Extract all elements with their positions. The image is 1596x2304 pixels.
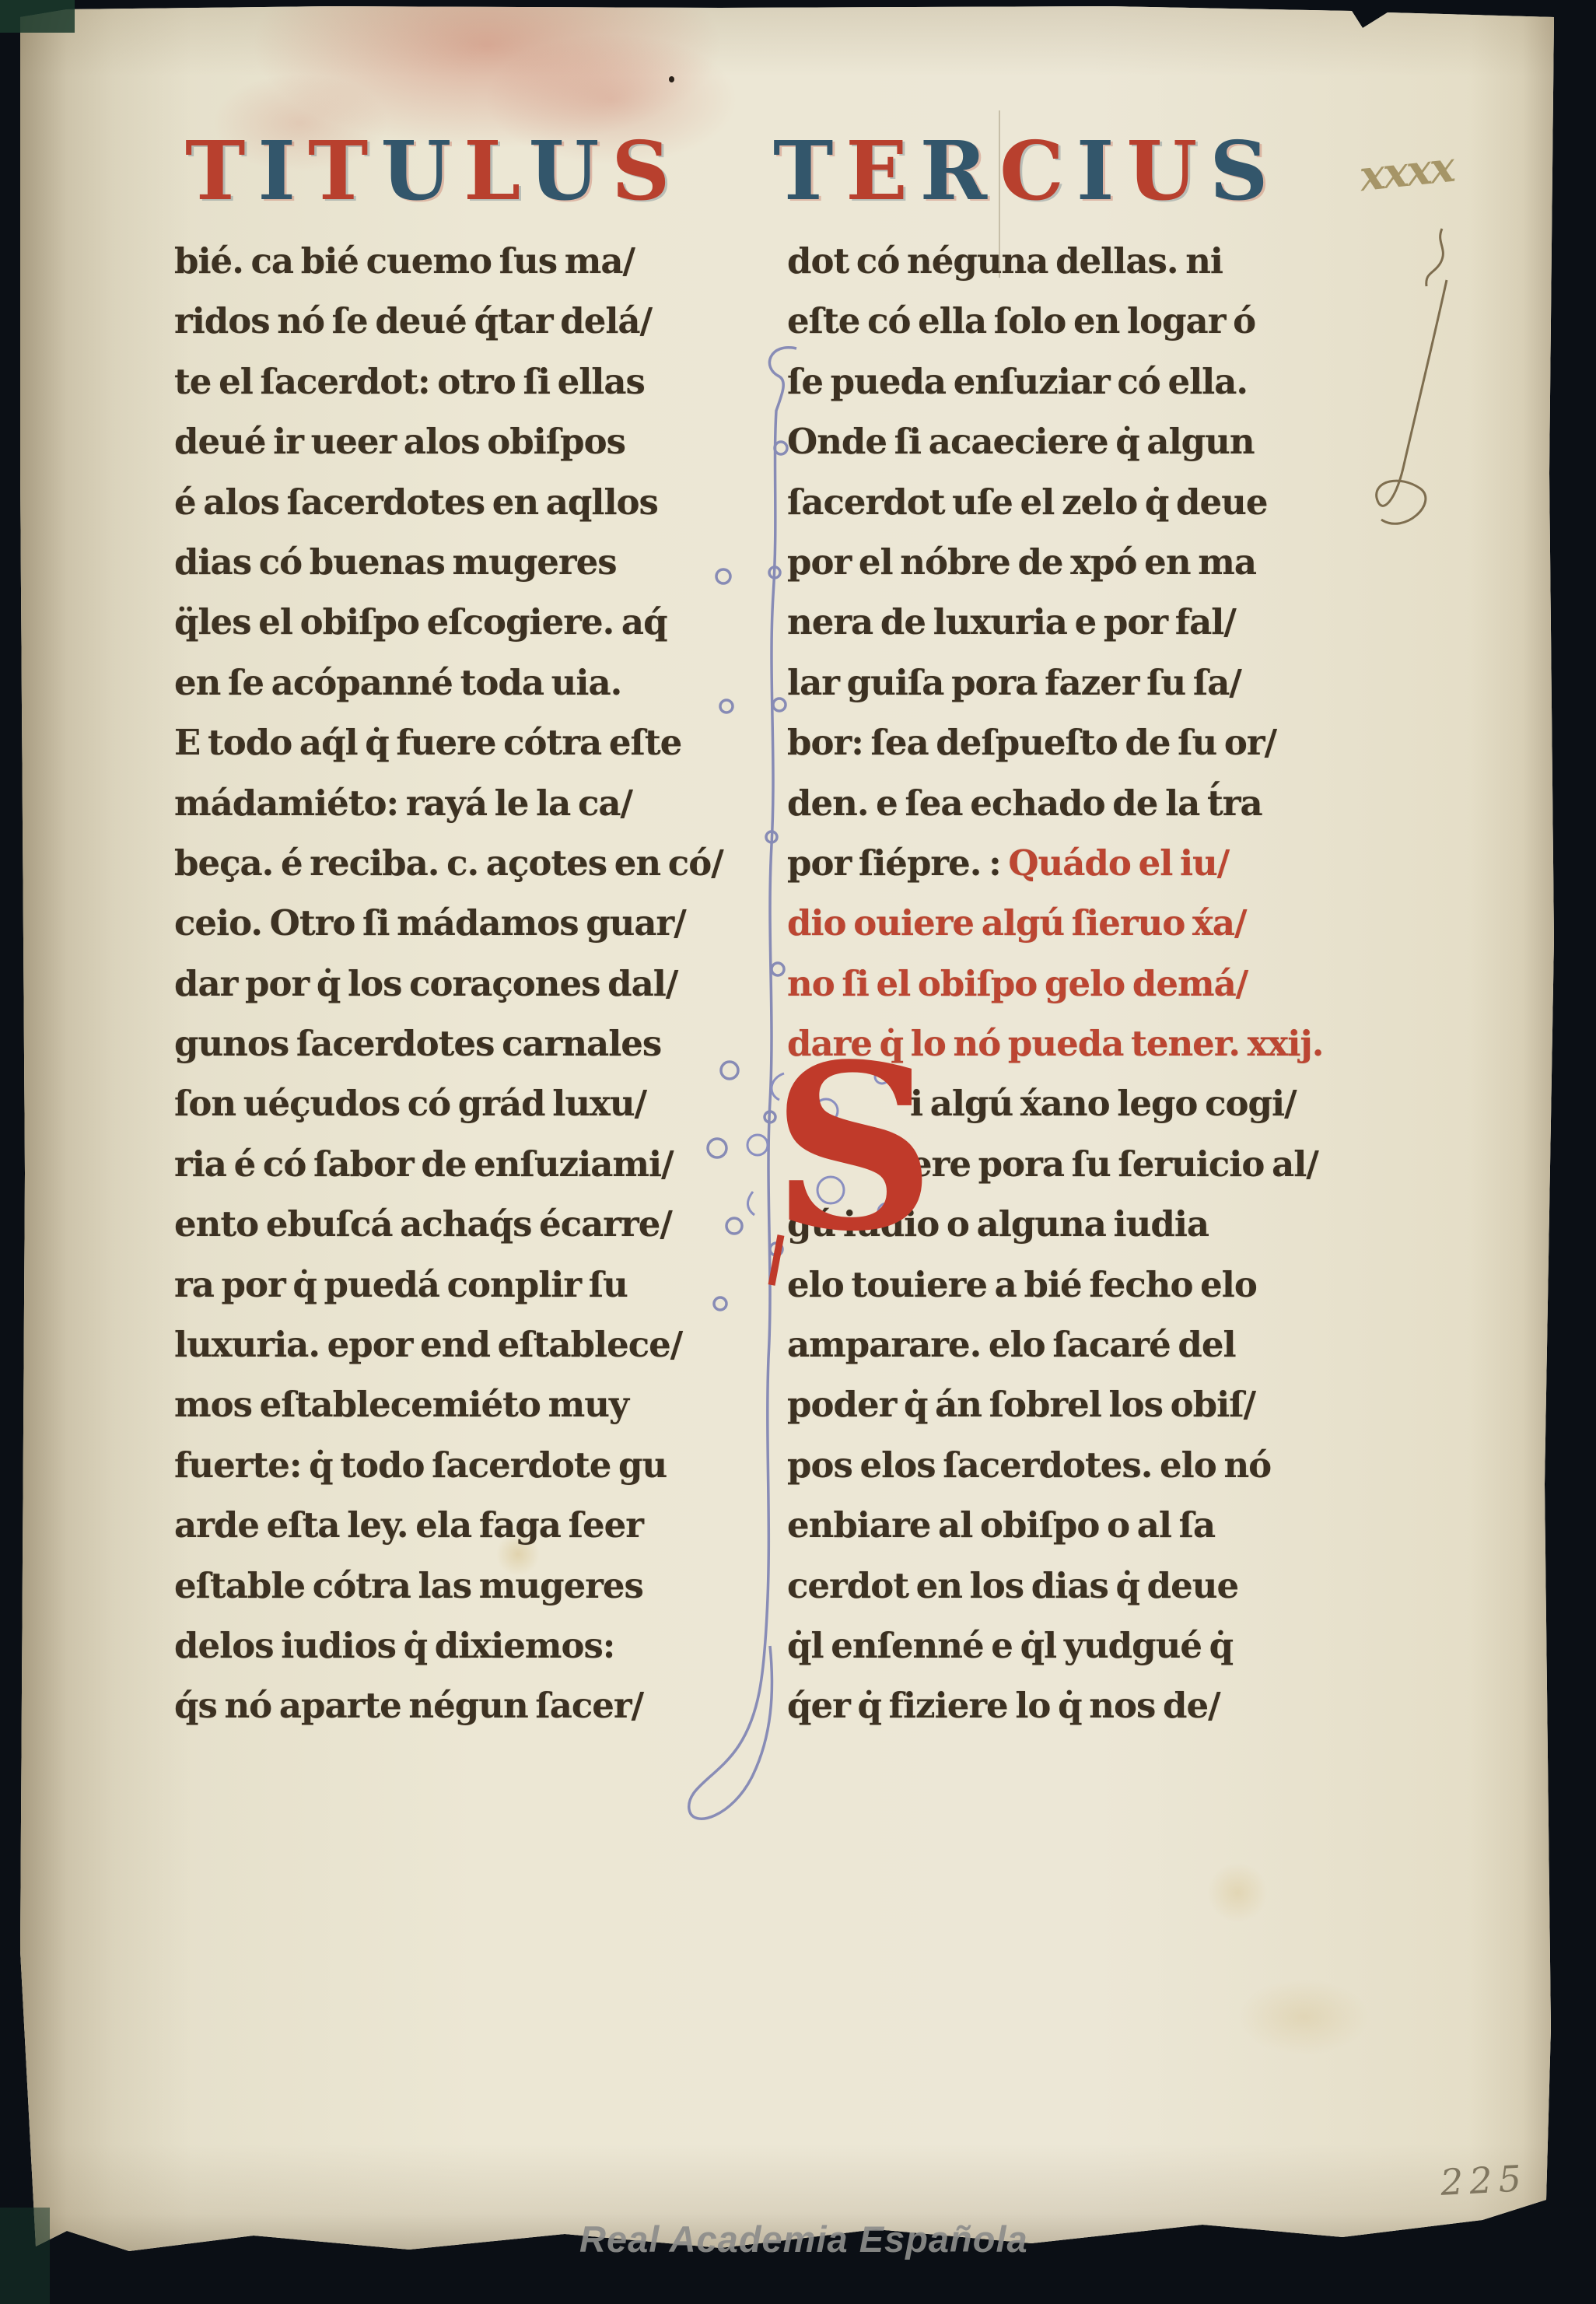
manuscript-text-line: poder q̇ án ſobrel los obiſ/ (787, 1374, 1358, 1434)
heading-letter: R (920, 123, 999, 219)
body-text: cerdot en los dias q̇ deue (787, 1565, 1238, 1606)
heading-letter: T (773, 123, 845, 219)
body-text: beça. é reciba. c. açotes en có/ (174, 842, 723, 884)
rubric-text: no ſi el obiſpo gelo demá/ (787, 963, 1248, 1004)
rubric-text: dio ouiere algú ſieruo x́a/ (787, 902, 1246, 944)
rubric-text: Quádo el iu/ (1001, 842, 1230, 884)
body-text: ra por q̇ puedá conplir ſu (174, 1264, 628, 1305)
body-text: poder q̇ án ſobrel los obiſ/ (787, 1384, 1255, 1425)
manuscript-scan-page: { "document": { "type": "illuminated-man… (0, 0, 1596, 2304)
body-text: é alos ſacerdotes en aqllos (174, 481, 658, 523)
manuscript-text-line: eſte có ella ſolo en logar ó (787, 291, 1358, 351)
binding-corner-top-left (0, 0, 75, 33)
manuscript-text-line: ſon uéçudos có grád luxu/ (174, 1073, 728, 1133)
manuscript-text-line: dio ouiere algú ſieruo x́a/ (787, 893, 1358, 953)
manuscript-text-line: en ſe acópanné toda uia. (174, 653, 728, 713)
body-text: q̇l enſenné e q̇l yudgué q̇ (787, 1625, 1233, 1666)
manuscript-text-line: amparare. elo ſacaré del (787, 1315, 1358, 1374)
manuscript-text-line: bor: ſea deſpueſto de ſu or/ (787, 713, 1358, 772)
manuscript-text-line: deué ir ueer alos obiſpos (174, 411, 728, 471)
body-text: dar por q̇ los coraçones dal/ (174, 963, 677, 1004)
body-text: i algú x́ano lego cogi/ (910, 1083, 1297, 1124)
manuscript-text-line: por ſiépre. : Quádo el iu/ (787, 833, 1358, 893)
body-text: bor: ſea deſpueſto de ſu or/ (787, 722, 1276, 763)
manuscript-text-line: lar guiſa pora fazer ſu ſa/ (787, 653, 1358, 713)
heading-letter: U (1127, 123, 1210, 219)
heading-letter: C (999, 123, 1076, 219)
manuscript-text-line: den. e ſea echado de la t́ra (787, 773, 1358, 833)
manuscript-text-line: cerdot en los dias q̇ deue (787, 1556, 1358, 1616)
manuscript-text-line: ra por q̇ puedá conplir ſu (174, 1255, 728, 1315)
manuscript-text-line: Onde ſi acaeciere q̇ algun (787, 411, 1358, 471)
folio-number: 225 (1440, 2157, 1528, 2204)
body-text: mos eſtablecemiéto muy (174, 1384, 628, 1425)
manuscript-text-line: q́s nó aparte négun ſacer/ (174, 1675, 728, 1735)
manuscript-text-line: bié. ca bié cuemo ſus ma/ (174, 231, 728, 291)
heading-letter: U (529, 123, 612, 219)
body-text: enbiare al obiſpo o al ſa (787, 1504, 1215, 1546)
manuscript-text-line: ria é có ſabor de enſuziami/ (174, 1134, 728, 1194)
manuscript-text-line: q̇l enſenné e q̇l yudgué q̇ (787, 1616, 1358, 1675)
manuscript-text-line: por el nóbre de xpó en ma (787, 532, 1358, 592)
quire-mark: xxxx (1357, 142, 1456, 201)
body-text: amparare. elo ſacaré del (787, 1324, 1236, 1365)
body-text: dias có buenas mugeres (174, 541, 617, 583)
body-text: eſtable cótra las mugeres (174, 1565, 643, 1606)
ink-speck (669, 76, 674, 82)
body-text: te el ſacerdot: otro ſi ellas (174, 361, 645, 402)
body-text: q́er q̇ fiziere lo q̇ nos de/ (787, 1685, 1220, 1726)
manuscript-text-line: gunos ſacerdotes carnales (174, 1014, 728, 1073)
manuscript-text-line: luxuria. epor end eſtablece/ (174, 1315, 728, 1374)
manuscript-text-line: q́er q̇ fiziere lo q̇ nos de/ (787, 1675, 1358, 1735)
manuscript-text-line: ridos nó ſe deué q́tar delá/ (174, 291, 728, 351)
body-text: ſon uéçudos có grád luxu/ (174, 1083, 646, 1124)
body-text: den. e ſea echado de la t́ra (787, 783, 1262, 824)
heading-letter: I (257, 123, 308, 219)
heading-letter: U (380, 123, 464, 219)
text-column-right: dot có néguna dellas. nieſte có ella ſol… (787, 231, 1358, 1736)
manuscript-text-line: mos eſtablecemiéto muy (174, 1374, 728, 1434)
body-text: mádamiéto: rayá le la ca/ (174, 783, 632, 824)
body-text: pos elos ſacerdotes. elo nó (787, 1444, 1271, 1486)
body-text: ere pora ſu ſeruicio al/ (910, 1143, 1318, 1185)
body-text: nera de luxuria e por fal/ (787, 601, 1236, 643)
heading-word-tercius: TERCIUS (773, 123, 1280, 226)
watermark-text: Real Academia Española (579, 2218, 1028, 2260)
manuscript-text-line: nera de luxuria e por fal/ (787, 592, 1358, 652)
body-text: dot có néguna dellas. ni (787, 240, 1223, 282)
body-text: delos iudios q̇ dixiemos: (174, 1625, 614, 1666)
heading-letter: T (308, 123, 380, 219)
body-text: eſte có ella ſolo en logar ó (787, 300, 1255, 341)
body-text: lar guiſa pora fazer ſu ſa/ (787, 662, 1241, 703)
body-text: por el nóbre de xpó en ma (787, 541, 1256, 583)
manuscript-text-line: delos iudios q̇ dixiemos: (174, 1616, 728, 1675)
heading-letter: T (185, 123, 257, 219)
heading-letter: S (1209, 123, 1280, 219)
heading-letter: E (845, 123, 919, 219)
manuscript-text-line: dot có néguna dellas. ni (787, 231, 1358, 291)
manuscript-text-line: arde eſta ley. ela faga ſeer (174, 1495, 728, 1555)
manuscript-text-line: no ſi el obiſpo gelo demá/ (787, 954, 1358, 1014)
manuscript-text-line: ſe pueda enſuziar có ella. (787, 352, 1358, 411)
manuscript-text-line: dias có buenas mugeres (174, 532, 728, 592)
body-text: deué ir ueer alos obiſpos (174, 421, 625, 462)
manuscript-text-line: enbiare al obiſpo o al ſa (787, 1495, 1358, 1555)
body-text: luxuria. epor end eſtablece/ (174, 1324, 682, 1365)
manuscript-text-line: fuerte: q̇ todo ſacerdote gu (174, 1435, 728, 1495)
manuscript-text-line: eſtable cótra las mugeres (174, 1556, 728, 1616)
body-text: Onde ſi acaeciere q̇ algun (787, 421, 1255, 462)
manuscript-text-line: ceio. Otro ſi mádamos guar/ (174, 893, 728, 953)
binding-corner-bottom-left (0, 2208, 50, 2304)
parchment-crease (999, 110, 1000, 278)
body-text: q̈les el obiſpo eſcogiere. aq́ (174, 601, 667, 643)
body-text: fuerte: q̇ todo ſacerdote gu (174, 1444, 667, 1486)
manuscript-text-line: q̈les el obiſpo eſcogiere. aq́ (174, 592, 728, 652)
text-column-left: bié. ca bié cuemo ſus ma/ridos nó ſe deu… (174, 231, 728, 1736)
manuscript-text-line: ento ebuſcá achaq́s écarre/ (174, 1194, 728, 1254)
body-text: ento ebuſcá achaq́s écarre/ (174, 1203, 672, 1245)
body-text: ſe pueda enſuziar có ella. (787, 361, 1248, 402)
illuminated-initial-s: S (768, 1059, 885, 1246)
body-text: ceio. Otro ſi mádamos guar/ (174, 902, 686, 944)
body-text: en ſe acópanné toda uia. (174, 662, 621, 703)
body-text: E todo aq́l q̇ fuere cótra eſte (174, 722, 681, 763)
manuscript-text-line: ſacerdot uſe el zelo q̇ deue (787, 472, 1358, 532)
pen-trial-doodle (1355, 212, 1526, 523)
initial-letter-glyph: S (772, 1014, 936, 1281)
manuscript-text-line: dar por q̇ los coraçones dal/ (174, 954, 728, 1014)
heading-word-titulus: TITULUS (185, 123, 682, 226)
body-text: q́s nó aparte négun ſacer/ (174, 1685, 643, 1726)
heading-letter: S (611, 123, 682, 219)
body-text: bié. ca bié cuemo ſus ma/ (174, 240, 635, 282)
body-text: arde eſta ley. ela faga ſeer (174, 1504, 643, 1546)
manuscript-text-line: pos elos ſacerdotes. elo nó (787, 1435, 1358, 1495)
manuscript-text-line: E todo aq́l q̇ fuere cótra eſte (174, 713, 728, 772)
body-text: ſacerdot uſe el zelo q̇ deue (787, 481, 1268, 523)
manuscript-text-line: é alos ſacerdotes en aqllos (174, 472, 728, 532)
manuscript-text-line: beça. é reciba. c. açotes en có/ (174, 833, 728, 893)
heading-letter: I (1076, 123, 1127, 219)
manuscript-text-line: mádamiéto: rayá le la ca/ (174, 773, 728, 833)
manuscript-text-line: te el ſacerdot: otro ſi ellas (174, 352, 728, 411)
heading-letter: L (464, 123, 528, 219)
body-text: ridos nó ſe deué q́tar delá/ (174, 300, 652, 341)
body-text: ria é có ſabor de enſuziami/ (174, 1143, 674, 1185)
body-text: gunos ſacerdotes carnales (174, 1023, 661, 1064)
